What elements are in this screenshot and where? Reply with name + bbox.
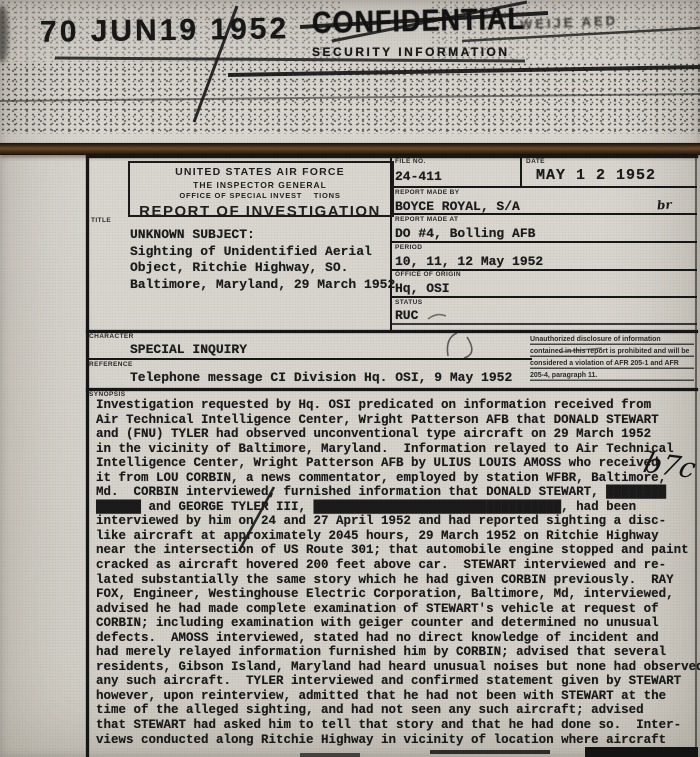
- title-label: TITLE: [91, 218, 111, 225]
- reference-label: REFERENCE: [89, 362, 133, 369]
- page-fold-band: [0, 143, 700, 155]
- scan-noise-band: [0, 62, 700, 134]
- form-border-left: [86, 155, 89, 757]
- office-of-origin-label: OFFICE OF ORIGIN: [395, 272, 461, 279]
- agency-name: UNITED STATES AIR FORCE: [130, 166, 390, 180]
- report-made-by-label: REPORT MADE BY: [395, 190, 459, 197]
- form-section-line: [86, 388, 698, 391]
- security-information-banner: SECURITY INFORMATION: [312, 46, 510, 58]
- pen-squiggle: [447, 333, 457, 356]
- typist-initials: br: [657, 199, 673, 212]
- character-value: SPECIAL INQUIRY: [130, 342, 247, 358]
- agency-box: UNITED STATES AIR FORCE THE INSPECTOR GE…: [128, 161, 394, 217]
- bottom-scan-artifact: [585, 747, 698, 757]
- period-label: PERIOD: [395, 245, 422, 252]
- confidential-stamp: CONFIDENTIAL: [312, 4, 525, 38]
- document-scan-page: 70 JUN19 1952 CONFIDENTIAL SECURITY INFO…: [0, 0, 700, 757]
- pen-squiggle: [464, 337, 472, 358]
- bottom-scan-artifact: [430, 750, 550, 754]
- bottom-scan-artifact: [300, 753, 360, 757]
- agency-office: THE INSPECTOR GENERAL: [130, 180, 390, 191]
- reference-value: Telephone message CI Division Hq. OSI, 9…: [130, 370, 512, 386]
- foia-exemption-annotation: b7c: [641, 449, 699, 483]
- received-date-stamp: 70 JUN19 1952: [40, 14, 290, 47]
- file-no-label: FILE NO.: [395, 159, 426, 166]
- status-label: STATUS: [395, 300, 422, 307]
- disclosure-notice: Unauthorized disclosure of information c…: [530, 333, 694, 382]
- synopsis-text: Investigation requested by Hq. OSI predi…: [96, 398, 696, 747]
- report-made-at-label: REPORT MADE AT: [395, 217, 458, 224]
- form-border-top: [86, 155, 698, 158]
- form-row-line: [390, 323, 697, 325]
- report-made-at-value: DO #4, Bolling AFB: [395, 226, 535, 242]
- scan-edge-smudge: [0, 6, 8, 62]
- period-value: 10, 11, 12 May 1952: [395, 254, 543, 270]
- file-no-value: 24-411: [395, 169, 442, 185]
- form-title: REPORT OF INVESTIGATION: [130, 203, 390, 221]
- character-label: CHARACTER: [89, 334, 134, 341]
- office-of-origin-value: Hq, OSI: [395, 281, 450, 297]
- date-label: DATE: [526, 159, 545, 166]
- date-stamp-value: MAY 1 2 1952: [536, 167, 656, 186]
- case-title-text: UNKNOWN SUBJECT: Sighting of Unidentifie…: [130, 227, 395, 293]
- agency-suboffice: OFFICE OF SPECIAL INVEST TIONS: [130, 191, 390, 201]
- report-made-by-value: BOYCE ROYAL, S/A: [395, 199, 520, 215]
- status-value: RUC: [395, 308, 418, 324]
- pen-squiggle: [428, 315, 446, 319]
- form-row-line: [390, 186, 697, 188]
- form-row-line: [86, 358, 532, 360]
- form-divider-vertical: [520, 155, 522, 187]
